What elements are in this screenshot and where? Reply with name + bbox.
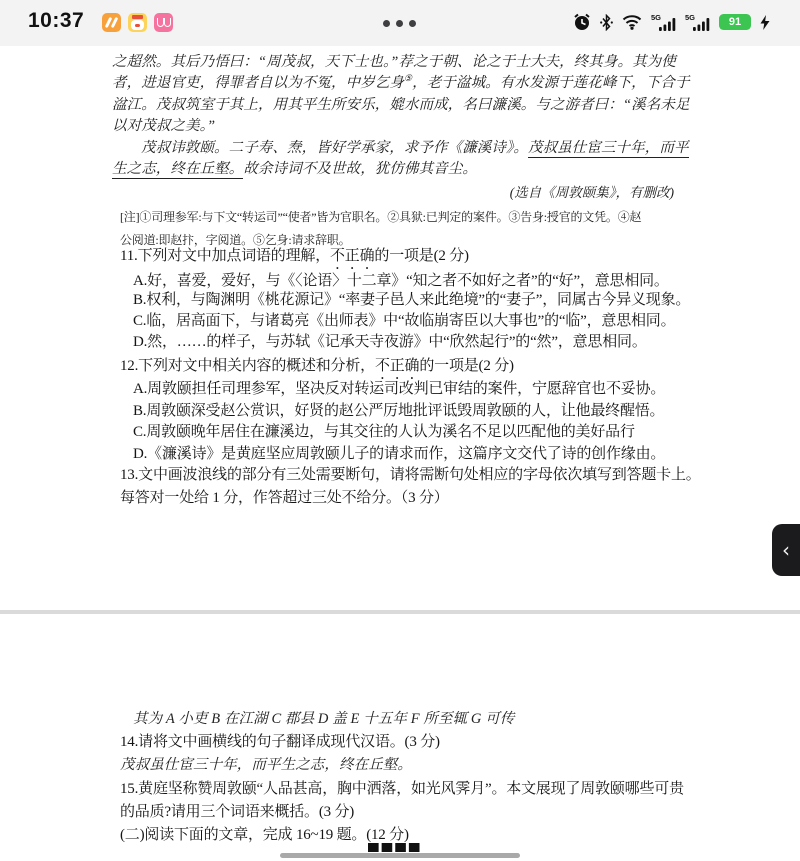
question-15-stem-cont: 的品质?请用三个词语来概括。(3 分) <box>120 802 354 822</box>
passage-line: 之超然。其后乃悟曰：“周茂叔，天下士也。”荐之于朝、论之于士大夫，终其身。其为使 <box>112 52 676 72</box>
footnotes-line: [注]①司理参军:与下文“转运司”“使者”皆为官职名。②具狱:已判定的案件。③告… <box>120 207 641 227</box>
sentence-break-line: 其为 A 小吏 B 在江湖 C 郡县 D 盖 E 十五年 F 所至辄 G 可传 <box>133 709 514 729</box>
charging-bolt-icon <box>760 15 770 30</box>
question-12-option-c: C.周敦颐晚年居住在濂溪边，与其交往的人认为溪名不足以匹配他的美好品行 <box>133 422 635 442</box>
question-12-stem: 12.下列对文中相关内容的概述和分析，不正确的一项是(2 分) <box>120 356 514 376</box>
phone-screen: 10:37 5G <box>0 0 800 861</box>
clipped-article-title: ████ <box>368 843 442 852</box>
footnote-marker: ⑤ <box>404 73 412 83</box>
clock-time: 10:37 <box>28 9 84 33</box>
wifi-icon <box>622 14 642 30</box>
notification-app-icons <box>102 13 173 32</box>
question-13-stem-cont: 每答对一处给 1 分，作答超过三处不给分。（3 分） <box>120 488 449 508</box>
question-12-option-d: D.《濂溪诗》是黄庭坚应周敦颐儿子的请求而作，这篇序文交代了诗的创作缘由。 <box>133 444 665 464</box>
question-11-option-c: C.临，居高面下，与诸葛亮《出师表》中“故临崩寄臣以大事也”的“临”，意思相同。 <box>133 311 675 331</box>
horizontal-scrollbar[interactable] <box>280 853 520 858</box>
document-viewer: 之超然。其后乃悟曰：“周茂叔，天下士也。”荐之于朝、论之于士大夫，终其身。其为使… <box>0 46 800 861</box>
back-tab-button[interactable]: ‹ <box>772 524 800 576</box>
pink-app-icon <box>154 13 173 32</box>
alarm-icon <box>573 13 591 31</box>
question-11-option-a: A.好，喜爱，爱好，与《〈论语〉十二章》“知之者不如好之者”的“好”，意思相同。 <box>133 271 669 291</box>
orange-app-icon <box>102 13 121 32</box>
question-15-stem: 15.黄庭坚称赞周敦颐“人品甚高，胸中洒落，如光风霁月”。本文展现了周敦颐哪些可… <box>120 779 684 799</box>
bluetooth-icon <box>600 14 613 31</box>
question-12-option-b: B.周敦颐深受赵公赏识，好贤的赵公严厉地批评诋毁周敦颐的人，让他最终醒悟。 <box>133 401 664 421</box>
page-divider <box>0 610 800 614</box>
passage-line: 湓江。茂叔筑室于其上，用其平生所安乐，媲水而成，名曰濂溪。与之游者曰：“溪名未足 <box>112 95 690 115</box>
camera-area-dots <box>383 20 416 27</box>
signal-bars-icon <box>659 18 676 31</box>
question-14-sentence: 茂叔虽仕宦三十年，而平生之志，终在丘壑。 <box>120 755 412 775</box>
question-14-stem: 14.请将文中画横线的句子翻译成现代汉语。(3 分) <box>120 732 440 752</box>
signal-strength-sim2: 5G <box>685 13 710 31</box>
question-11-option-b: B.权利，与陶渊明《桃花源记》“率妻子邑人来此绝境”的“妻子”，同属古今异义现象… <box>133 290 690 310</box>
question-11-option-d: D.然，……的样子，与苏轼《记承天寺夜游》中“欣然起行”的“然”，意思相同。 <box>133 332 647 352</box>
underlined-text: 茂叔虽仕宦三十年，而平 <box>528 140 689 158</box>
section-2-header: (二)阅读下面的文章，完成 16~19 题。(12 分) <box>120 825 409 845</box>
signal-bars-icon <box>693 18 710 31</box>
status-bar: 10:37 5G <box>0 0 800 46</box>
passage-line: 以对茂叔之美。” <box>112 116 215 136</box>
underlined-text: 生之志，终在丘壑。 <box>112 161 243 179</box>
emphasized-text: 不正确 <box>330 248 374 264</box>
question-13-stem: 13.文中画波浪线的部分有三处需要断句，请将需断句处相应的字母依次填写到答题卡上… <box>120 465 701 485</box>
status-icons: 5G 5G 91 <box>573 12 770 32</box>
chevron-left-icon: ‹ <box>782 538 790 562</box>
battery-indicator: 91 <box>719 14 751 30</box>
question-12-option-a: A.周敦颐担任司理参军，坚决反对转运司改判已审结的案件，宁愿辞官也不妥协。 <box>133 379 665 399</box>
passage-line: 者，进退官吏，得罪者自以为不冤，中岁乞身⑤，老于湓城。有水发源于莲花峰下，下合于 <box>112 73 690 93</box>
signal-strength-sim1: 5G <box>651 13 676 31</box>
emphasized-text: 不正确 <box>375 358 419 374</box>
source-attribution: (选自《周敦颐集》，有删改) <box>112 183 674 203</box>
question-11-stem: 11.下列对文中加点词语的理解，不正确的一项是(2 分) <box>120 246 469 266</box>
passage-line: 茂叔讳敦颐。二子寿、焘，皆好学承家，求予作《濂溪诗》。茂叔虽仕宦三十年，而平 <box>141 138 689 158</box>
yellow-mascot-app-icon <box>128 13 147 32</box>
passage-line: 生之志，终在丘壑。故余诗词不及世故，犹仿佛其音尘。 <box>112 159 477 179</box>
